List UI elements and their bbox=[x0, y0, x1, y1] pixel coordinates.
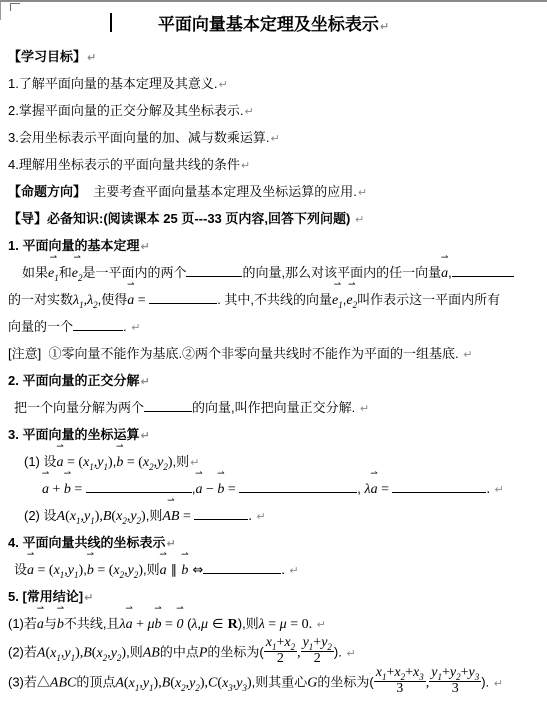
vector-arrow-icon: ⇀ bbox=[64, 470, 72, 479]
paragraph-mark-icon: ↵ bbox=[244, 105, 253, 118]
math-variable: x2 bbox=[143, 455, 154, 470]
vector-body: b bbox=[181, 563, 188, 578]
text-run: ,则其重心 bbox=[252, 675, 308, 690]
math-run: = ( bbox=[64, 455, 84, 470]
vector-body: a bbox=[37, 617, 44, 632]
text-run: 平面向量基本定理及坐标表示 bbox=[158, 15, 379, 34]
math-variable: y3 bbox=[236, 676, 247, 691]
vector-body: a bbox=[126, 617, 133, 632]
text-run: ,则 bbox=[172, 454, 189, 469]
math-variable: B bbox=[83, 646, 92, 661]
text-run: 【导】必备知识:(阅读课本 25 页---33 页内容,回答下列问题) bbox=[8, 211, 354, 226]
text-cursor-caret bbox=[110, 13, 112, 32]
fraction-denominator: 3 bbox=[374, 681, 426, 697]
math-variable: x3 bbox=[413, 665, 424, 680]
vector-body: e2 bbox=[72, 266, 83, 281]
math-variable: μ bbox=[148, 617, 155, 632]
text-run: 4.理解用坐标表示的平面向量共线的条件 bbox=[8, 157, 240, 172]
math-run: = bbox=[224, 482, 239, 497]
vector-body: b bbox=[155, 617, 162, 632]
vector-arrow-icon: ⇀ bbox=[154, 605, 162, 614]
vector-arrow-icon: ⇀ bbox=[50, 254, 58, 263]
doc-title: 平面向量基本定理及坐标表示↵ bbox=[8, 6, 539, 44]
fraction-numerator: y1+y2+y3 bbox=[429, 666, 481, 681]
fraction-denominator: 3 bbox=[429, 681, 481, 697]
para-goal-2: 2.掌握平面向量的正交分解及其坐标表示.↵ bbox=[8, 98, 539, 125]
text-run: 1.了解平面向量的基本定理及其意义. bbox=[8, 76, 217, 91]
para-conclusion-2: (2)若A(x1,y1),B(x2,y2),则AB的中点P的坐标为(x1+x22… bbox=[8, 638, 539, 668]
math-variable: y1 bbox=[68, 563, 79, 578]
paragraph-mark-icon: ↵ bbox=[358, 186, 367, 199]
math-run: 2 bbox=[277, 651, 284, 666]
vector-arrow-icon: ⇀ bbox=[73, 254, 81, 263]
text-run: (1)若 bbox=[8, 616, 37, 631]
heading-section-1: 1. 平面向量的基本定理↵ bbox=[8, 233, 539, 260]
vector-arrow-icon: ⇀ bbox=[116, 443, 124, 452]
para-learning-goals-header: 【学习目标】↵ bbox=[8, 44, 539, 71]
paragraph-mark-icon: ↵ bbox=[190, 456, 199, 469]
vector-body: a bbox=[371, 482, 378, 497]
vector-notation: ⇀e2 bbox=[346, 288, 357, 314]
math-symbol: ⇔ bbox=[188, 563, 203, 578]
text-boundary-cropmark-icon bbox=[10, 3, 20, 11]
math-set-symbol: R bbox=[228, 617, 238, 632]
vector-arrow-icon: ⇀ bbox=[441, 254, 449, 263]
text-run: ,则 bbox=[146, 508, 163, 523]
text-run: 和 bbox=[59, 265, 72, 280]
page-edge-line bbox=[0, 2, 1, 20]
text-run: 与 bbox=[44, 616, 57, 631]
text-run: 的坐标为( bbox=[317, 675, 373, 690]
paragraph-mark-icon: ↵ bbox=[140, 375, 149, 388]
vector-arrow-icon: ⇀ bbox=[195, 470, 203, 479]
vector-notation: ⇀b bbox=[57, 612, 64, 638]
vector-arrow-icon: ⇀ bbox=[217, 470, 225, 479]
math-variable: y2 bbox=[321, 635, 332, 650]
paragraph-mark-icon: ↵ bbox=[166, 537, 175, 550]
text-run: 不共线,且 bbox=[64, 616, 120, 631]
paragraph-mark-icon: ↵ bbox=[317, 618, 326, 631]
para-coord-ops-setup: (1) 设⇀a = (x1,y1),⇀b = (x2,y2),则↵ bbox=[8, 449, 539, 476]
text-run: (1) 设 bbox=[24, 454, 57, 469]
math-symbol: ∥ bbox=[167, 563, 182, 578]
vector-body: a bbox=[195, 482, 202, 497]
text-run: ,使得 bbox=[98, 292, 128, 307]
vector-arrow-icon: ⇀ bbox=[127, 281, 135, 290]
fraction-numerator: y1+y2 bbox=[301, 636, 334, 651]
math-variable: x3 bbox=[222, 676, 233, 691]
math-run: ), bbox=[95, 509, 103, 524]
para-note: [注意] ①零向量不能作为基底.②两个非零向量共线时不能作为平面的一组基底. ↵ bbox=[8, 341, 539, 368]
vector-body: a bbox=[127, 293, 134, 308]
math-variable: x2 bbox=[116, 509, 127, 524]
para-coord-ops-blanks: ⇀a + ⇀b = ,⇀a − ⇀b = , λ⇀a = . ↵ bbox=[8, 476, 539, 503]
vector-notation: ⇀b bbox=[64, 477, 71, 503]
vector-body: b bbox=[57, 617, 64, 632]
vector-body: b bbox=[87, 563, 94, 578]
heading-section-2: 2. 平面向量的正交分解↵ bbox=[8, 368, 539, 395]
text-run: (3)若△ bbox=[8, 675, 50, 690]
vector-body: b bbox=[64, 482, 71, 497]
text-run: 1. 平面向量的基本定理 bbox=[8, 238, 139, 253]
vector-body: 0 bbox=[176, 617, 183, 632]
vector-body: a bbox=[441, 266, 448, 281]
fill-in-blank bbox=[144, 396, 192, 412]
text-run: 向量的一个 bbox=[8, 319, 73, 334]
math-variable: y3 bbox=[468, 665, 479, 680]
para-theorem-line-3: 向量的一个. ↵ bbox=[8, 314, 539, 341]
document-body: 平面向量基本定理及坐标表示↵【学习目标】↵1.了解平面向量的基本定理及其意义.↵… bbox=[0, 2, 547, 699]
math-run: ( bbox=[124, 676, 129, 691]
math-variable: x1 bbox=[54, 563, 65, 578]
math-variable: x2 bbox=[394, 665, 405, 680]
paragraph-mark-icon: ↵ bbox=[241, 159, 250, 172]
vector-arrow-icon: ⇀ bbox=[167, 497, 175, 506]
text-run: 是一平面内的两个 bbox=[82, 265, 186, 280]
math-variable: x2 bbox=[113, 563, 124, 578]
vector-arrow-icon: ⇀ bbox=[37, 605, 45, 614]
vector-arrow-icon: ⇀ bbox=[176, 605, 184, 614]
math-variable: y1 bbox=[303, 635, 314, 650]
text-run: 把一个向量分解为两个 bbox=[14, 400, 144, 415]
text-run: 叫作表示这一平面内所有 bbox=[357, 292, 500, 307]
vector-notation: ⇀a bbox=[441, 261, 448, 287]
text-run: (2) 设 bbox=[24, 508, 57, 523]
vector-notation: ⇀b bbox=[217, 477, 224, 503]
vector-notation: ⇀b bbox=[181, 558, 188, 584]
text-run: ),则 bbox=[238, 616, 259, 631]
math-variable: λ2 bbox=[87, 293, 98, 308]
vector-body: b bbox=[116, 455, 123, 470]
math-variable: x2 bbox=[96, 646, 107, 661]
math-run: + bbox=[405, 665, 413, 680]
text-run: ). bbox=[334, 645, 346, 660]
fill-in-blank bbox=[73, 315, 123, 331]
text-run: 的顶点 bbox=[76, 675, 115, 690]
vector-arrow-icon: ⇀ bbox=[348, 281, 356, 290]
paragraph-mark-icon: ↵ bbox=[131, 321, 140, 334]
vector-arrow-icon: ⇀ bbox=[56, 443, 64, 452]
para-goal-4: 4.理解用坐标表示的平面向量共线的条件↵ bbox=[8, 152, 539, 179]
text-run: 4. 平面向量共线的坐标表示 bbox=[8, 535, 165, 550]
fill-in-blank bbox=[186, 261, 242, 277]
text-run: 的坐标为( bbox=[207, 645, 263, 660]
para-goal-1: 1.了解平面向量的基本定理及其意义.↵ bbox=[8, 71, 539, 98]
math-run: 3 bbox=[396, 681, 403, 696]
text-run: 5. [常用结论] bbox=[8, 589, 83, 604]
math-variable: μ bbox=[201, 617, 208, 632]
vector-notation: ⇀e2 bbox=[72, 261, 83, 287]
math-run: = bbox=[265, 617, 280, 632]
math-variable: x1 bbox=[50, 646, 61, 661]
math-run: = 0. bbox=[287, 617, 316, 632]
math-variable: x1 bbox=[129, 676, 140, 691]
text-run: ,则 bbox=[126, 645, 143, 660]
fill-in-blank bbox=[194, 504, 248, 520]
vector-body: e1 bbox=[332, 293, 343, 308]
math-run: = bbox=[162, 617, 177, 632]
math-run: . bbox=[248, 509, 255, 524]
math-run: = bbox=[378, 482, 393, 497]
math-symbol: ∈ bbox=[208, 617, 228, 632]
vector-body: a bbox=[160, 563, 167, 578]
math-variable: y1 bbox=[64, 646, 75, 661]
heading-section-5: 5. [常用结论]↵ bbox=[8, 584, 539, 611]
text-run: . 其中,不共线的向量 bbox=[217, 292, 332, 307]
math-variable: x1 bbox=[70, 509, 81, 524]
math-variable: x1 bbox=[376, 665, 387, 680]
vector-notation: ⇀a bbox=[160, 558, 167, 584]
vector-body: b bbox=[217, 482, 224, 497]
fill-in-blank bbox=[86, 477, 192, 493]
math-run: ), bbox=[200, 676, 208, 691]
paragraph-mark-icon: ↵ bbox=[346, 647, 355, 660]
vector-body: AB bbox=[162, 509, 179, 524]
vector-arrow-icon: ⇀ bbox=[87, 551, 95, 560]
para-conclusion-1: (1)若⇀a与⇀b不共线,且λ⇀a + μ⇀b = ⇀0 (λ,μ ∈ R),则… bbox=[8, 611, 539, 638]
paragraph-mark-icon: ↵ bbox=[494, 483, 503, 496]
math-run: 2 bbox=[314, 651, 321, 666]
vector-notation: ⇀a bbox=[127, 288, 134, 314]
math-variable: AB bbox=[143, 646, 160, 661]
paragraph-mark-icon: ↵ bbox=[380, 20, 389, 33]
paragraph-mark-icon: ↵ bbox=[140, 429, 149, 442]
fraction-numerator: x1+x2 bbox=[264, 636, 297, 651]
vector-arrow-icon: ⇀ bbox=[334, 281, 342, 290]
para-guide-knowledge: 【导】必备知识:(阅读课本 25 页---33 页内容,回答下列问题) ↵ bbox=[8, 206, 539, 233]
paragraph-mark-icon: ↵ bbox=[218, 78, 227, 91]
math-variable: y1 bbox=[97, 455, 108, 470]
paragraph-mark-icon: ↵ bbox=[84, 591, 93, 604]
math-variable: G bbox=[307, 676, 317, 691]
para-collinear-condition: 设⇀a = (x1,y1),⇀b = (x2,y2),则⇀a ∥ ⇀b ⇔. ↵ bbox=[8, 557, 539, 584]
fill-in-blank bbox=[203, 558, 281, 574]
vector-notation: ⇀a bbox=[371, 477, 378, 503]
vector-arrow-icon: ⇀ bbox=[42, 470, 50, 479]
vector-notation: ⇀b bbox=[87, 558, 94, 584]
math-variable: y1 bbox=[84, 509, 95, 524]
paragraph-mark-icon: ↵ bbox=[87, 51, 96, 64]
text-run: . bbox=[123, 319, 130, 334]
vector-notation: ⇀a bbox=[126, 612, 133, 638]
vector-body: a bbox=[57, 455, 64, 470]
text-run: 的向量,叫作把向量正交分解. bbox=[192, 400, 359, 415]
fraction: y1+y2+y33 bbox=[429, 666, 481, 696]
math-variable: x2 bbox=[284, 635, 295, 650]
vector-body: e2 bbox=[346, 293, 357, 308]
vector-notation: ⇀AB bbox=[162, 504, 179, 530]
math-variable: y2 bbox=[111, 646, 122, 661]
math-variable: x1 bbox=[83, 455, 94, 470]
fill-in-blank bbox=[239, 477, 357, 493]
text-run: 设 bbox=[14, 562, 27, 577]
paragraph-mark-icon: ↵ bbox=[270, 132, 279, 145]
math-variable: y2 bbox=[157, 455, 168, 470]
text-run: (2)若 bbox=[8, 645, 37, 660]
fill-in-blank bbox=[392, 477, 486, 493]
vector-arrow-icon: ⇀ bbox=[159, 551, 167, 560]
para-goal-3: 3.会用坐标表示平面向量的加、减与数乘运算.↵ bbox=[8, 125, 539, 152]
text-run: ). bbox=[481, 675, 493, 690]
vector-notation: ⇀a bbox=[37, 612, 44, 638]
text-run: 【命题方向】 bbox=[8, 184, 86, 199]
vector-notation: ⇀e1 bbox=[48, 261, 59, 287]
text-run: 3.会用坐标表示平面向量的加、减与数乘运算. bbox=[8, 130, 269, 145]
fraction: y1+y22 bbox=[301, 636, 334, 666]
text-run: 2.掌握平面向量的正交分解及其坐标表示. bbox=[8, 103, 243, 118]
para-theorem-line-1: 如果⇀e1和⇀e2是一平面内的两个的向量,那么对该平面内的任一向量⇀a, bbox=[8, 260, 539, 287]
math-run: ), bbox=[154, 676, 162, 691]
math-run: 3 bbox=[452, 681, 459, 696]
document-page[interactable]: 平面向量基本定理及坐标表示↵【学习目标】↵1.了解平面向量的基本定理及其意义.↵… bbox=[0, 0, 547, 706]
vector-notation: ⇀b bbox=[116, 450, 123, 476]
vector-notation: ⇀b bbox=[155, 612, 162, 638]
vector-arrow-icon: ⇀ bbox=[181, 551, 189, 560]
math-variable: A bbox=[57, 509, 66, 524]
vector-arrow-icon: ⇀ bbox=[125, 605, 133, 614]
text-run: 的一对实数 bbox=[8, 292, 73, 307]
vector-body: a bbox=[42, 482, 49, 497]
paragraph-mark-icon: ↵ bbox=[256, 510, 265, 523]
math-variable: C bbox=[208, 676, 217, 691]
paragraph-mark-icon: ↵ bbox=[494, 677, 503, 690]
text-run: 【学习目标】 bbox=[8, 49, 86, 64]
math-run: − bbox=[202, 482, 217, 497]
math-run: + bbox=[133, 617, 148, 632]
math-run: . bbox=[486, 482, 493, 497]
math-run: = bbox=[179, 509, 194, 524]
math-variable: y1 bbox=[143, 676, 154, 691]
fraction-denominator: 2 bbox=[264, 651, 297, 667]
math-variable: x2 bbox=[175, 676, 186, 691]
math-variable: y2 bbox=[189, 676, 200, 691]
fraction-denominator: 2 bbox=[301, 651, 334, 667]
fill-in-blank bbox=[149, 288, 217, 304]
math-variable: A bbox=[115, 676, 124, 691]
fraction: x1+x2+x33 bbox=[374, 666, 426, 696]
para-orthogonal-decomposition: 把一个向量分解为两个的向量,叫作把向量正交分解. ↵ bbox=[8, 395, 539, 422]
math-variable: ABC bbox=[50, 676, 76, 691]
vector-notation: ⇀a bbox=[195, 477, 202, 503]
vector-notation: ⇀a bbox=[57, 450, 64, 476]
math-variable: μ bbox=[280, 617, 287, 632]
text-run: 主要考查平面向量基本定理及坐标运算的应用. bbox=[86, 184, 357, 199]
math-variable: y2 bbox=[128, 563, 139, 578]
text-run: 的向量,那么对该平面内的任一向量 bbox=[242, 265, 441, 280]
math-variable: y1 bbox=[431, 665, 442, 680]
math-run: + bbox=[49, 482, 64, 497]
text-run: 如果 bbox=[22, 265, 48, 280]
vector-arrow-icon: ⇀ bbox=[370, 470, 378, 479]
text-run: [注意] ①零向量不能作为基底.②两个非零向量共线时不能作为平面的一组基底. bbox=[8, 346, 462, 361]
math-run: = ( bbox=[34, 563, 54, 578]
vector-notation: ⇀e1 bbox=[332, 288, 343, 314]
paragraph-mark-icon: ↵ bbox=[355, 213, 364, 226]
vector-notation: ⇀a bbox=[27, 558, 34, 584]
text-run: 2. 平面向量的正交分解 bbox=[8, 373, 139, 388]
math-variable: B bbox=[162, 676, 171, 691]
para-conclusion-3: (3)若△ABC的顶点A(x1,y1),B(x2,y2),C(x3,y3),则其… bbox=[8, 668, 539, 698]
math-run: + bbox=[442, 665, 450, 680]
vector-arrow-icon: ⇀ bbox=[57, 605, 65, 614]
text-run: ,则 bbox=[143, 562, 160, 577]
text-run: 的中点 bbox=[160, 645, 199, 660]
text-run: 3. 平面向量的坐标运算 bbox=[8, 427, 139, 442]
para-coord-ops-ab: (2) 设A(x1,y1),B(x2,y2),则⇀AB = . ↵ bbox=[8, 503, 539, 530]
math-run: . bbox=[281, 563, 288, 578]
vector-notation: ⇀0 bbox=[176, 612, 183, 638]
paragraph-mark-icon: ↵ bbox=[360, 402, 369, 415]
vector-body: e1 bbox=[48, 266, 59, 281]
math-variable: y2 bbox=[130, 509, 141, 524]
math-run: = bbox=[134, 293, 149, 308]
math-variable: y2 bbox=[450, 665, 461, 680]
math-run: ), bbox=[75, 646, 83, 661]
math-run: = bbox=[71, 482, 86, 497]
math-variable: λ1 bbox=[73, 293, 84, 308]
heading-section-3: 3. 平面向量的坐标运算↵ bbox=[8, 422, 539, 449]
para-exam-direction: 【命题方向】 主要考查平面向量基本定理及坐标运算的应用.↵ bbox=[8, 179, 539, 206]
paragraph-mark-icon: ↵ bbox=[463, 348, 472, 361]
paragraph-mark-icon: ↵ bbox=[140, 240, 149, 253]
fraction-numerator: x1+x2+x3 bbox=[374, 666, 426, 681]
para-theorem-line-2: 的一对实数λ1,λ2,使得⇀a = . 其中,不共线的向量⇀e1,⇀e2叫作表示… bbox=[8, 287, 539, 314]
math-variable: x1 bbox=[266, 635, 277, 650]
vector-body: a bbox=[27, 563, 34, 578]
fill-in-blank bbox=[452, 261, 514, 277]
paragraph-mark-icon: ↵ bbox=[289, 564, 298, 577]
vector-arrow-icon: ⇀ bbox=[27, 551, 35, 560]
fraction: x1+x22 bbox=[264, 636, 297, 666]
math-run: = ( bbox=[123, 455, 143, 470]
vector-notation: ⇀a bbox=[42, 477, 49, 503]
math-run: = ( bbox=[94, 563, 114, 578]
